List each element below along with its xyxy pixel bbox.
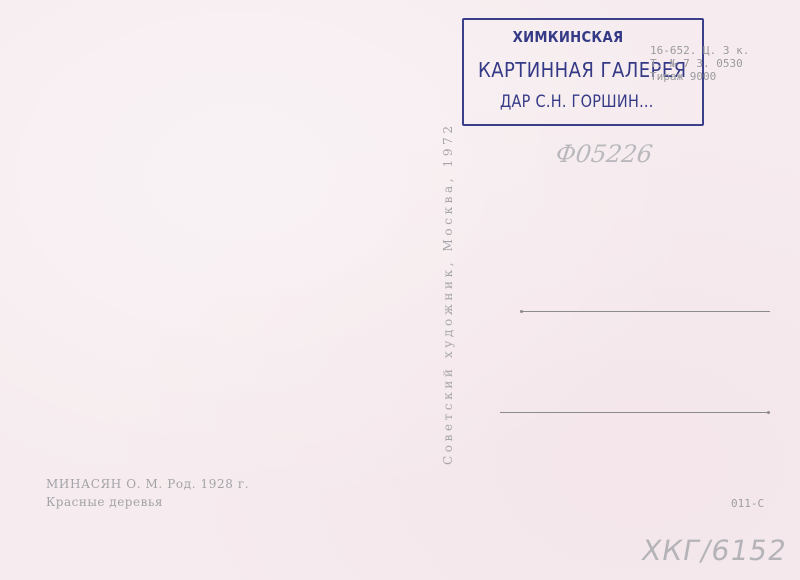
print-info-line: Т. № 7 З. 0530 (650, 57, 749, 70)
artwork-author: МИНАСЯН О. М. Род. 1928 г. (46, 477, 249, 491)
stamp-donor: ДАР С.Н. ГОРШИН... (500, 92, 654, 112)
print-info-line: 16-652. Ц. 3 к. (650, 44, 749, 57)
publisher-imprint: Советский художник, Москва, 1972 (441, 122, 455, 465)
print-info-line: Тираж 9000 (650, 70, 749, 83)
postcard-back: ХИМКИНСКАЯ КАРТИННАЯ ГАЛЕРЕЯ ДАР С.Н. ГО… (0, 0, 800, 580)
print-info: 16-652. Ц. 3 к.Т. № 7 З. 0530Тираж 9000 (650, 44, 749, 83)
address-line (500, 412, 768, 413)
address-line (522, 311, 770, 312)
archive-number-handwritten: ХКГ/6152 (639, 534, 790, 567)
inventory-number-handwritten: Ф05226 (554, 140, 654, 168)
artwork-title: Красные деревья (46, 495, 163, 509)
catalog-code: 011-С (731, 497, 764, 510)
stamp-gallery-city: ХИМКИНСКАЯ (476, 28, 659, 46)
